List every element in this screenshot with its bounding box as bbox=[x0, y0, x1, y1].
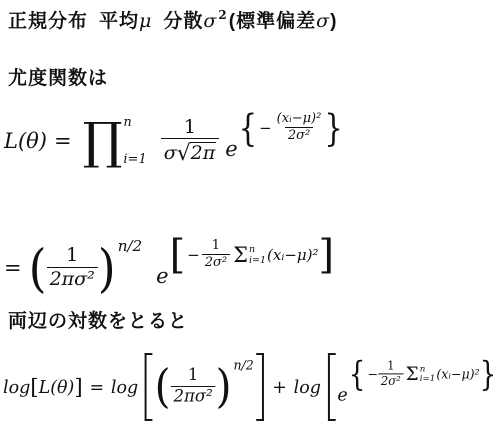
power-n-over-2: n/2 bbox=[118, 237, 142, 255]
coef-denominator: 2σ² bbox=[378, 373, 404, 388]
big-left-bracket-2 bbox=[328, 353, 336, 421]
exponent-fraction: (xᵢ−μ)² 2σ² bbox=[274, 112, 325, 144]
exponential-term: e { − (xᵢ−μ)² 2σ² } bbox=[225, 125, 343, 157]
lhs-L-theta: L(θ) bbox=[4, 129, 47, 153]
right-brace: } bbox=[324, 109, 342, 147]
lhs-L-theta: L(θ) bbox=[39, 377, 75, 397]
equals-sign: = bbox=[4, 256, 22, 280]
sigma-symbol-sd: σ bbox=[316, 10, 330, 32]
minus-sign: − bbox=[367, 367, 378, 382]
squared-deviation-term: (xᵢ−μ)² bbox=[436, 367, 479, 382]
base-numerator: 1 bbox=[185, 367, 201, 386]
mu-symbol: μ bbox=[139, 10, 152, 32]
coef-denominator: 2σ² bbox=[202, 254, 230, 271]
lhs-left-bracket: [ bbox=[30, 375, 38, 399]
exponent-coef-fraction: 1 2σ² bbox=[378, 360, 404, 389]
heading-mean-label: 平均 bbox=[99, 6, 139, 33]
base-fraction: 1 2πσ² bbox=[171, 367, 216, 407]
coefficient-numerator: 1 bbox=[181, 117, 199, 139]
likelihood-label-text: 尤度関数は bbox=[8, 63, 108, 90]
minus-sign: − bbox=[187, 246, 200, 264]
equals-sign: = bbox=[54, 129, 72, 153]
right-bracket: ] bbox=[319, 235, 335, 275]
exponent-coef-fraction: 1 2σ² bbox=[202, 239, 230, 271]
exponential-term: e [ − 1 2σ² Σ n i=1 (xᵢ−μ)² ] bbox=[156, 248, 334, 288]
heading-normal-distribution: 正規分布 bbox=[8, 6, 88, 33]
big-right-bracket-1 bbox=[256, 353, 264, 421]
base-denominator: 2πσ² bbox=[171, 386, 216, 407]
right-paren: ) bbox=[216, 364, 232, 410]
log-second-term: log bbox=[294, 377, 321, 397]
exponent-numerator: (xᵢ−μ)² bbox=[274, 112, 325, 127]
euler-e: e bbox=[225, 137, 237, 161]
sum-lower-limit: i=1 bbox=[249, 256, 266, 266]
sum-limits: n i=1 bbox=[249, 245, 266, 266]
heading-sd-close: ) bbox=[330, 11, 337, 33]
sigma-sum-symbol: Σ bbox=[233, 245, 248, 266]
heading-sd-open: (標準偏差 bbox=[229, 6, 316, 33]
exponential-term: e { − 1 2σ² Σ n i=1 (xᵢ−μ)² } bbox=[337, 373, 496, 402]
sigma-exponent: 2 bbox=[218, 8, 227, 22]
take-log-label-text: 両辺の対数をとると bbox=[8, 306, 188, 333]
product-lower-limit: i=1 bbox=[123, 153, 146, 166]
heading-line: 正規分布 平均 μ 分散 σ 2 (標準偏差 σ ) bbox=[8, 6, 337, 33]
minus-sign: − bbox=[259, 119, 272, 137]
heading-variance-label: 分散 bbox=[163, 6, 203, 33]
base-fraction: 1 2πσ² bbox=[47, 245, 98, 291]
sum-limits: n i=1 bbox=[420, 365, 436, 383]
euler-e: e bbox=[337, 385, 347, 405]
right-brace: } bbox=[480, 357, 497, 391]
squared-deviation-term: (xᵢ−μ)² bbox=[267, 246, 319, 264]
left-brace: { bbox=[239, 109, 257, 147]
take-log-label: 両辺の対数をとると bbox=[8, 306, 188, 333]
radicand-two-pi: 2π bbox=[190, 142, 217, 165]
big-left-bracket-1 bbox=[145, 353, 153, 421]
exponent-block: { − (xᵢ−μ)² 2σ² } bbox=[239, 112, 343, 144]
base-numerator: 1 bbox=[63, 245, 81, 267]
sum-lower-limit: i=1 bbox=[420, 375, 436, 384]
coefficient-denominator: σ √ 2π bbox=[161, 138, 219, 165]
power-n-over-2: n/2 bbox=[233, 358, 253, 373]
product-upper-limit: n bbox=[123, 116, 146, 129]
sum-upper-limit: n bbox=[420, 365, 436, 374]
product-symbol: ∏ bbox=[83, 119, 123, 163]
sigma-in-denominator: σ bbox=[164, 143, 177, 165]
lhs-right-bracket: ] bbox=[74, 375, 82, 399]
euler-e: e bbox=[156, 264, 168, 288]
equals-sign: = bbox=[89, 377, 104, 397]
base-denominator: 2πσ² bbox=[47, 267, 98, 291]
log-first-term: log bbox=[111, 377, 138, 397]
coefficient-fraction: 1 σ √ 2π bbox=[161, 117, 219, 166]
log-lhs: log bbox=[3, 377, 30, 397]
sum-operator: Σ n i=1 bbox=[406, 365, 436, 383]
coef-numerator: 1 bbox=[384, 360, 397, 373]
sigma-sum-symbol: Σ bbox=[406, 365, 419, 383]
likelihood-formula: L(θ) = ∏ n i=1 1 σ √ 2π e { − (xᵢ−μ)² 2σ… bbox=[4, 103, 343, 179]
sqrt-icon: √ bbox=[177, 141, 191, 166]
coef-numerator: 1 bbox=[209, 239, 223, 254]
product-operator: ∏ n i=1 bbox=[83, 116, 147, 166]
plus-sign: + bbox=[272, 377, 287, 397]
right-paren: ) bbox=[98, 242, 116, 294]
sigma-symbol: σ bbox=[203, 10, 217, 32]
exponent-denominator: 2σ² bbox=[285, 127, 313, 144]
likelihood-label: 尤度関数は bbox=[8, 63, 108, 90]
exponent-block: { − 1 2σ² Σ n i=1 (xᵢ−μ)² } bbox=[349, 360, 497, 389]
log-likelihood-formula: log [ L(θ) ] = log ( 1 2πσ² ) n/2 + log … bbox=[3, 352, 498, 422]
left-paren: ( bbox=[155, 364, 171, 410]
simplified-formula: = ( 1 2πσ² ) n/2 e [ − 1 2σ² Σ n i=1 (xᵢ… bbox=[4, 233, 334, 303]
exponent-block: [ − 1 2σ² Σ n i=1 (xᵢ−μ)² ] bbox=[170, 235, 335, 275]
left-brace: { bbox=[349, 357, 366, 391]
slide-canvas: { "page": { "bg": "#ffffff", "fg": "#111… bbox=[0, 0, 498, 431]
left-paren: ( bbox=[29, 242, 47, 294]
sum-operator: Σ n i=1 bbox=[233, 245, 266, 266]
sum-upper-limit: n bbox=[249, 245, 266, 255]
product-limits: n i=1 bbox=[123, 116, 146, 166]
left-bracket: [ bbox=[170, 235, 186, 275]
